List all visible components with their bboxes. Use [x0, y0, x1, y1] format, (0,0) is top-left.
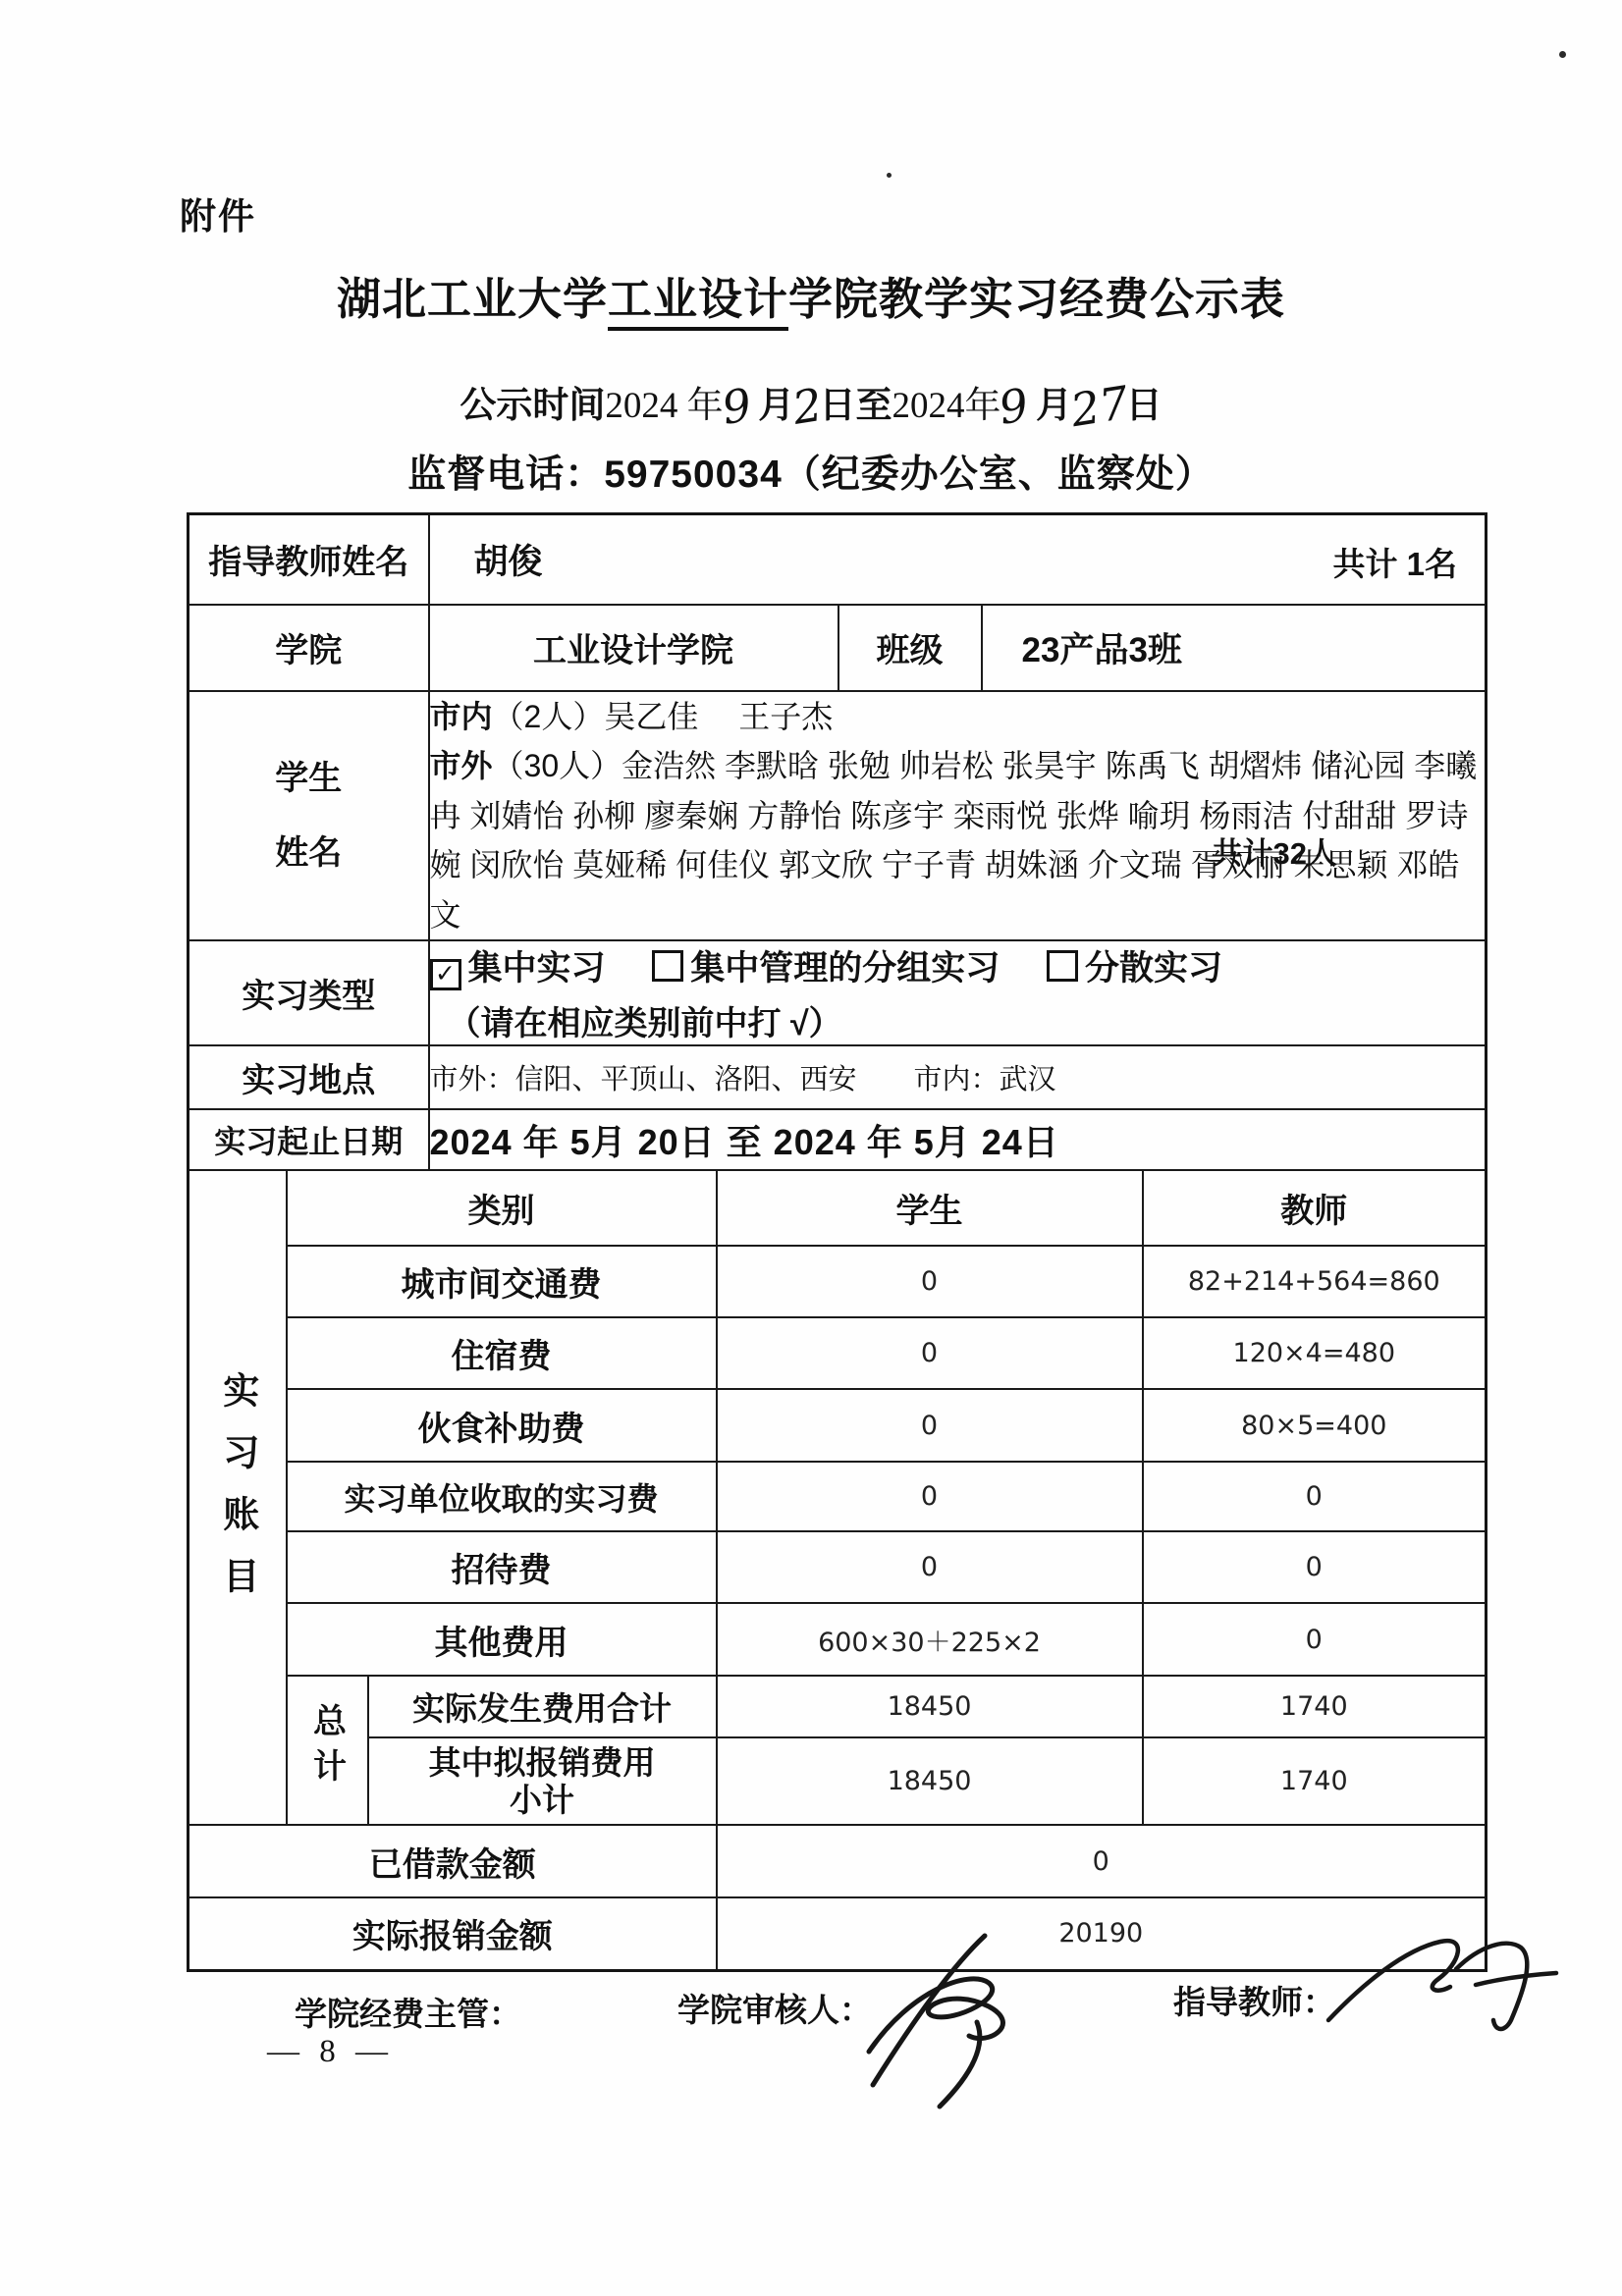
scan-speck [1559, 51, 1566, 58]
account-side-label: 实习账目 [211, 1371, 264, 1619]
total-reimbursable-teacher: 1740 [1143, 1737, 1487, 1825]
row-other-fees: 其他费用 600×30＋225×2 0 [189, 1603, 1487, 1676]
fee-student-value: 0 [717, 1389, 1143, 1462]
checkbox-empty-icon [652, 950, 683, 982]
attachment-label: 附件 [180, 187, 256, 240]
handwritten-month-end: 9 [998, 387, 1032, 427]
account-header-student: 学生 [717, 1170, 1143, 1246]
reimbursed-label: 实际报销金额 [189, 1897, 717, 1970]
publicity-label: 公示时间 [460, 385, 605, 425]
students-label: 学生 姓名 [189, 691, 429, 941]
college-label: 学院 [189, 605, 429, 691]
practice-type-note: （请在相应类别前中打 √） [430, 996, 1486, 1044]
row-total-actual: 总计 实际发生费用合计 18450 1740 [189, 1676, 1487, 1737]
fund-manager-label: 学院经费主管： [295, 1989, 521, 2035]
month-unit-2: 月 [1036, 385, 1072, 425]
row-unit-fee: 实习单位收取的实习费 0 0 [189, 1462, 1487, 1531]
option-centralized-label: 集中实习 [468, 949, 606, 988]
college-value: 工业设计学院 [429, 605, 838, 691]
fee-student-value: 0 [717, 1246, 1143, 1317]
students-label-line2: 姓名 [189, 836, 428, 870]
students-inside-names: （2人）吴乙佳 王子杰 [493, 699, 834, 734]
option-grouped: 集中管理的分组实习 [652, 949, 1000, 988]
fee-category: 住宿费 [287, 1317, 717, 1389]
class-label: 班级 [838, 605, 982, 691]
instructor-signature [1321, 1922, 1566, 2040]
fee-category: 伙食补助费 [287, 1389, 717, 1462]
row-total-reimbursable: 其中拟报销费用 小计 18450 1740 [189, 1737, 1487, 1825]
title-suffix: 学院教学实习经费公示表 [788, 274, 1285, 324]
handwritten-month-start: 9 [720, 387, 754, 427]
day-unit-1: 日 [819, 385, 855, 425]
scanned-form-page: 附件 湖北工业大学工业设计学院教学实习经费公示表 公示时间2024 年9 月2日… [0, 0, 1622, 2296]
fee-student-value: 0 [717, 1531, 1143, 1603]
row-practice-type: 实习类型 ✓集中实习 集中管理的分组实习 分散实习 （请在相应类别前中打 √） [189, 940, 1487, 1045]
students-names-cell: 市内（2人）吴乙佳 王子杰 市外（30人）金浩然 李默晗 张勉 帅岩松 张昊宇 … [429, 691, 1487, 941]
students-outside-prefix: 市外 [430, 748, 493, 783]
total-reimbursable-student: 18450 [717, 1737, 1143, 1825]
fee-category: 其他费用 [287, 1603, 717, 1676]
option-grouped-label: 集中管理的分组实习 [690, 949, 1000, 988]
fee-teacher-value: 80×5=400 [1143, 1389, 1487, 1462]
fee-teacher-value: 120×4=480 [1143, 1317, 1487, 1389]
practice-location-label: 实习地点 [189, 1045, 429, 1109]
total-reimbursable-label: 其中拟报销费用 小计 [368, 1737, 717, 1825]
fee-category: 实习单位收取的实习费 [287, 1462, 717, 1531]
row-practice-dates: 实习起止日期 2024 年 5月 20日 至 2024 年 5月 24日 [189, 1109, 1487, 1170]
option-centralized: ✓集中实习 [430, 949, 606, 988]
students-total-count: 共计32人 [1213, 830, 1337, 879]
account-header-category: 类别 [287, 1170, 717, 1246]
fee-teacher-value: 82+214+564=860 [1143, 1246, 1487, 1317]
page-number: — 8 — [267, 2034, 394, 2070]
practice-type-label: 实习类型 [189, 940, 429, 1045]
handwritten-day-end: 27 [1068, 385, 1131, 430]
row-hospitality: 招待费 0 0 [189, 1531, 1487, 1603]
publicity-year-start: 2024 年 [605, 386, 723, 426]
title-underlined-part: 工业设计 [608, 274, 788, 331]
practice-type-options-cell: ✓集中实习 集中管理的分组实习 分散实习 （请在相应类别前中打 √） [429, 940, 1487, 1045]
row-borrowed-amount: 已借款金额 0 [189, 1825, 1487, 1897]
total-actual-teacher: 1740 [1143, 1676, 1487, 1737]
checkbox-empty-icon [1047, 950, 1078, 982]
fee-teacher-value: 0 [1143, 1462, 1487, 1531]
handwritten-day-start: 2 [790, 387, 825, 427]
row-instructor: 指导教师姓名 胡俊 共计 1名 [189, 514, 1487, 605]
total-actual-student: 18450 [717, 1676, 1143, 1737]
publicity-year-end: 2024年 [892, 386, 1000, 426]
instructor-name: 胡俊 [430, 543, 543, 581]
instructor-label: 指导教师姓名 [189, 514, 429, 605]
publicity-to: 至 [855, 385, 892, 425]
row-reimbursed-amount: 实际报销金额 20190 [189, 1897, 1487, 1970]
publicity-period-line: 公示时间2024 年9 月2日至2024年9 月27日 [0, 375, 1622, 428]
auditor-signature [839, 1926, 1055, 2112]
total-label-cell: 总计 [287, 1676, 368, 1825]
row-students: 学生 姓名 市内（2人）吴乙佳 王子杰 市外（30人）金浩然 李默晗 张勉 帅岩… [189, 691, 1487, 941]
total-label: 总计 [303, 1703, 351, 1793]
row-practice-location: 实习地点 市外：信阳、平顶山、洛阳、西安 市内：武汉 [189, 1045, 1487, 1109]
fee-category: 招待费 [287, 1531, 717, 1603]
row-college-class: 学院 工业设计学院 班级 23产品3班 [189, 605, 1487, 691]
class-value: 23产品3班 [982, 605, 1487, 691]
row-intercity-transport: 城市间交通费 0 82+214+564=860 [189, 1246, 1487, 1317]
fee-teacher-value: 0 [1143, 1603, 1487, 1676]
borrowed-label: 已借款金额 [189, 1825, 717, 1897]
instructor-sign-label: 指导教师： [1173, 1977, 1335, 2023]
fee-teacher-value: 0 [1143, 1531, 1487, 1603]
practice-dates-value: 2024 年 5月 20日 至 2024 年 5月 24日 [429, 1109, 1487, 1170]
fee-student-value: 0 [717, 1317, 1143, 1389]
account-side-label-cell: 实习账目 [189, 1170, 287, 1825]
students-inside-prefix: 市内 [430, 699, 493, 734]
practice-dates-label: 实习起止日期 [189, 1109, 429, 1170]
fee-student-value: 600×30＋225×2 [717, 1603, 1143, 1676]
month-unit-1: 月 [758, 385, 794, 425]
practice-location-value: 市外：信阳、平顶山、洛阳、西安 市内：武汉 [429, 1045, 1487, 1109]
total-actual-label: 实际发生费用合计 [368, 1676, 717, 1737]
row-account-header: 实习账目 类别 学生 教师 [189, 1170, 1487, 1246]
borrowed-value: 0 [717, 1825, 1487, 1897]
checkbox-checked-icon: ✓ [430, 959, 461, 990]
account-header-teacher: 教师 [1143, 1170, 1487, 1246]
instructor-count: 共计 1名 [1333, 539, 1458, 585]
option-dispersed-label: 分散实习 [1085, 949, 1222, 988]
document-title: 湖北工业大学工业设计学院教学实习经费公示表 [0, 263, 1622, 327]
students-label-line1: 学生 [275, 760, 342, 797]
supervision-phone-line: 监督电话：59750034（纪委办公室、监察处） [0, 444, 1622, 499]
fee-category: 城市间交通费 [287, 1246, 717, 1317]
row-meal-subsidy: 伙食补助费 0 80×5=400 [189, 1389, 1487, 1462]
option-dispersed: 分散实习 [1047, 949, 1222, 988]
scan-speck [887, 173, 892, 178]
instructor-value-cell: 胡俊 共计 1名 [429, 514, 1487, 605]
row-lodging: 住宿费 0 120×4=480 [189, 1317, 1487, 1389]
title-prefix: 湖北工业大学 [337, 274, 608, 324]
fee-student-value: 0 [717, 1462, 1143, 1531]
publicity-form-table: 指导教师姓名 胡俊 共计 1名 学院 工业设计学院 班级 23产品3班 学生 姓… [187, 512, 1487, 1972]
